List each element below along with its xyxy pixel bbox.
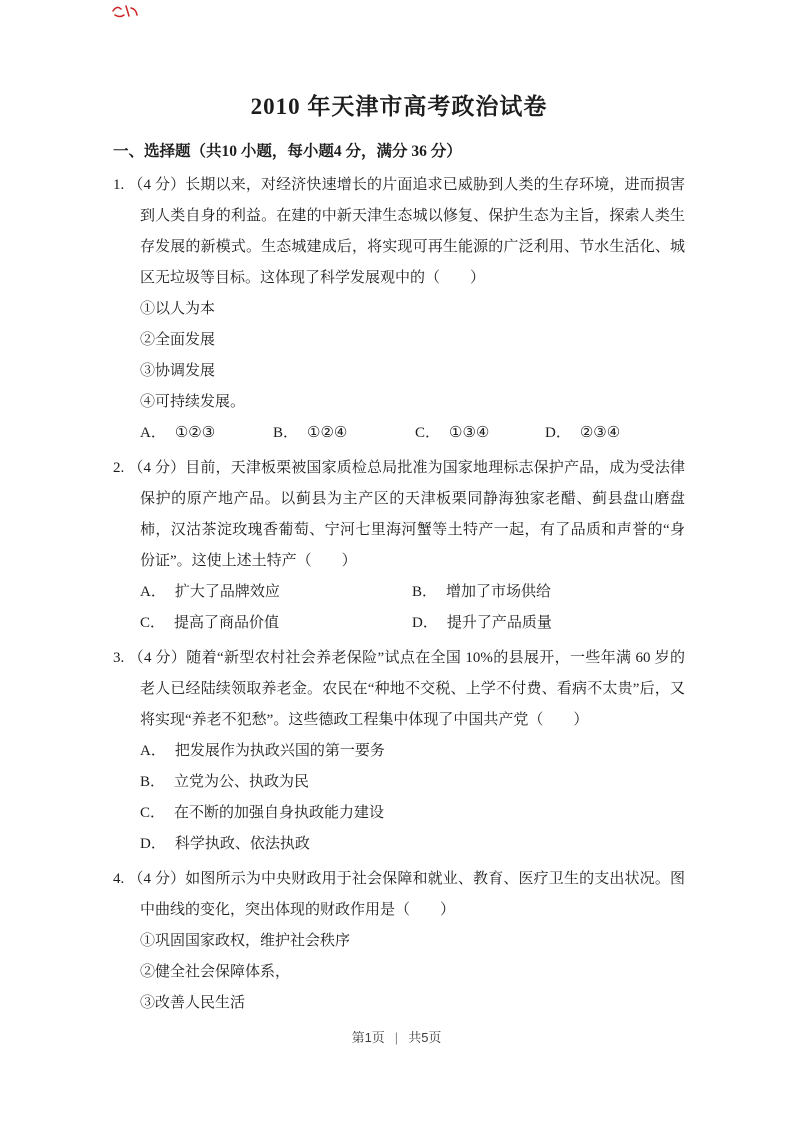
option-text: 提高了商品价值	[174, 615, 279, 631]
page-content: 2010 年天津市高考政治试卷 一、选择题（共10 小题，每小题4 分，满分 3…	[113, 0, 685, 1019]
option-label: A．	[140, 743, 166, 759]
question-1-options: A．①②③ B．①②④ C．①③④ D．②③④	[113, 418, 685, 449]
question-4-text: 如图所示为中央财政用于社会保障和就业、教育、医疗卫生的支出状况。图中曲线的变化，…	[140, 871, 685, 918]
option-label: C．	[140, 805, 165, 821]
question-1-text: 长期以来，对经济快速增长的片面追求已威胁到人类的生存环境，进而损害到人类自身的利…	[140, 177, 685, 286]
option-text: ①③④	[449, 425, 489, 441]
exam-title: 2010 年天津市高考政治试卷	[113, 0, 685, 124]
question-4-subitem-3: ③改善人民生活	[113, 988, 685, 1019]
question-1-option-d: D．②③④	[545, 418, 620, 449]
option-text: 科学执政、依法执政	[175, 836, 310, 852]
option-label: A．	[140, 584, 166, 600]
option-text: 在不断的加强自身执政能力建设	[174, 805, 384, 821]
page-footer: 第1页|共5页	[0, 1027, 793, 1046]
question-1-number: 1.	[113, 177, 124, 193]
section-heading: 一、选择题（共10 小题，每小题4 分，满分 36 分）	[113, 140, 685, 164]
option-label: D．	[545, 425, 571, 441]
question-2: 2.（4 分）目前，天津板栗被国家质检总局批准为国家地理标志保护产品，成为受法律…	[113, 453, 685, 639]
option-label: B．	[412, 584, 437, 600]
question-3: 3.（4 分）随着“新型农村社会养老保险”试点在全国 10%的县展开，一些年满 …	[113, 643, 685, 860]
question-1-option-a: A．①②③	[140, 418, 273, 449]
question-3-option-a: A．把发展作为执政兴国的第一要务	[140, 736, 685, 767]
question-3-stem: 3.（4 分）随着“新型农村社会养老保险”试点在全国 10%的县展开，一些年满 …	[113, 643, 685, 736]
question-3-text: 随着“新型农村社会养老保险”试点在全国 10%的县展开，一些年满 60 岁的老人…	[140, 650, 685, 728]
option-label: B．	[140, 774, 165, 790]
question-4-subitem-1: ①巩固国家政权，维护社会秩序	[113, 926, 685, 957]
option-text: ①②③	[175, 425, 215, 441]
option-label: A．	[140, 425, 166, 441]
option-label: C．	[140, 615, 165, 631]
option-text: 提升了产品质量	[447, 615, 552, 631]
option-text: 扩大了品牌效应	[175, 584, 280, 600]
exam-page: 2010 年天津市高考政治试卷 一、选择题（共10 小题，每小题4 分，满分 3…	[0, 0, 793, 1122]
question-2-option-c: C．提高了商品价值	[140, 608, 412, 639]
option-text: 把发展作为执政兴国的第一要务	[175, 743, 385, 759]
question-3-option-b: B．立党为公、执政为民	[140, 767, 685, 798]
question-2-options: A．扩大了品牌效应 B．增加了市场供给 C．提高了商品价值 D．提升了产品质量	[113, 577, 685, 639]
option-text: 增加了市场供给	[446, 584, 551, 600]
option-label: C．	[415, 425, 440, 441]
question-2-number: 2.	[113, 460, 124, 476]
option-label: D．	[412, 615, 438, 631]
question-1-subitem-3: ③协调发展	[113, 356, 685, 387]
question-1-stem: 1.（4 分）长期以来，对经济快速增长的片面追求已威胁到人类的生存环境，进而损害…	[113, 170, 685, 294]
question-4-stem: 4.（4 分）如图所示为中央财政用于社会保障和就业、教育、医疗卫生的支出状况。图…	[113, 864, 685, 926]
footer-page-total: 共5页	[408, 1030, 441, 1045]
question-2-option-a: A．扩大了品牌效应	[140, 577, 412, 608]
question-3-options: A．把发展作为执政兴国的第一要务 B．立党为公、执政为民 C．在不断的加强自身执…	[113, 736, 685, 860]
question-1-subitem-1: ①以人为本	[113, 294, 685, 325]
question-4-score: （4 分）	[128, 871, 185, 887]
question-2-option-d: D．提升了产品质量	[412, 608, 685, 639]
question-1: 1.（4 分）长期以来，对经济快速增长的片面追求已威胁到人类的生存环境，进而损害…	[113, 170, 685, 449]
question-4: 4.（4 分）如图所示为中央财政用于社会保障和就业、教育、医疗卫生的支出状况。图…	[113, 864, 685, 1019]
question-1-subitem-2: ②全面发展	[113, 325, 685, 356]
question-3-score: （4 分）	[128, 650, 186, 666]
question-2-stem: 2.（4 分）目前，天津板栗被国家质检总局批准为国家地理标志保护产品，成为受法律…	[113, 453, 685, 577]
option-text: ②③④	[580, 425, 620, 441]
question-4-subitem-2: ②健全社会保障体系，	[113, 957, 685, 988]
footer-separator: |	[395, 1030, 398, 1045]
question-2-text: 目前，天津板栗被国家质检总局批准为国家地理标志保护产品，成为受法律保护的原产地产…	[140, 460, 685, 569]
footer-page-number: 第1页	[352, 1030, 385, 1045]
question-2-score: （4 分）	[128, 460, 185, 476]
question-1-subitem-4: ④可持续发展。	[113, 387, 685, 418]
question-3-option-d: D．科学执政、依法执政	[140, 829, 685, 860]
option-label: D．	[140, 836, 166, 852]
question-3-number: 3.	[113, 650, 124, 666]
question-1-option-c: C．①③④	[415, 418, 545, 449]
option-text: 立党为公、执政为民	[174, 774, 309, 790]
question-2-option-b: B．增加了市场供给	[412, 577, 685, 608]
option-text: ①②④	[307, 425, 347, 441]
option-label: B．	[273, 425, 298, 441]
question-1-option-b: B．①②④	[273, 418, 415, 449]
question-4-number: 4.	[113, 871, 124, 887]
question-1-score: （4 分）	[128, 177, 185, 193]
question-3-option-c: C．在不断的加强自身执政能力建设	[140, 798, 685, 829]
